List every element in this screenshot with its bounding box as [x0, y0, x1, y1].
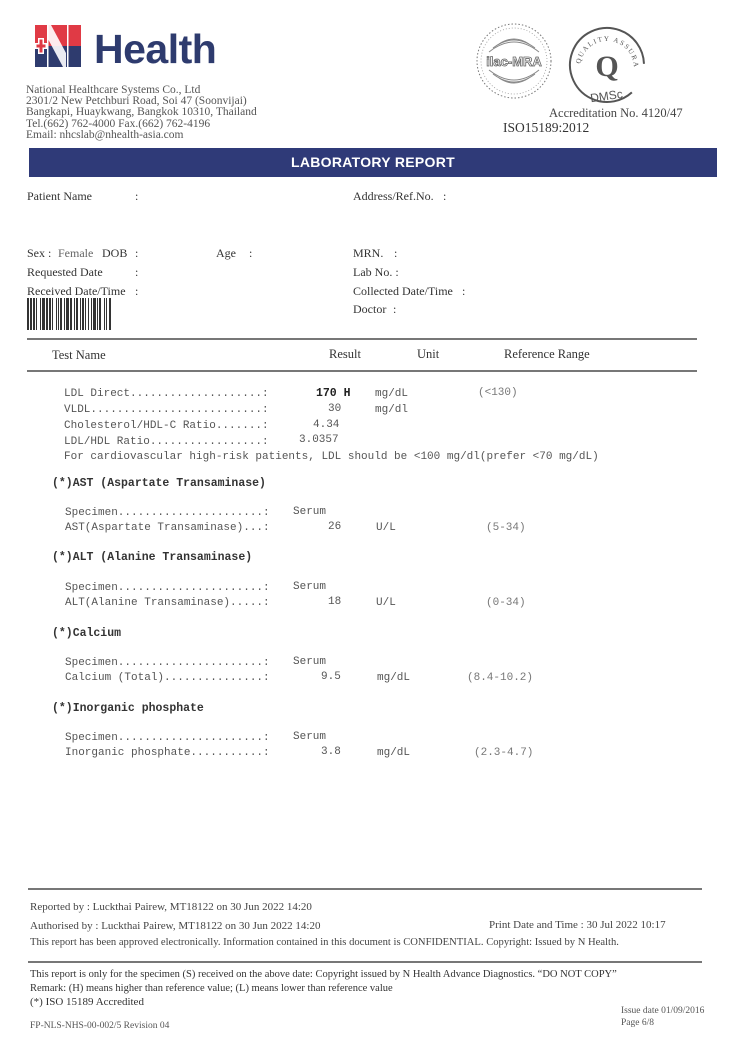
specimen-label: Specimen......................:: [65, 657, 270, 669]
specimen-label: Specimen......................:: [65, 732, 270, 744]
page-number: Page 6/8: [621, 1018, 654, 1028]
test-name: ALT(Alanine Transaminase).....:: [65, 597, 270, 609]
specimen-value: Serum: [293, 506, 326, 518]
collected-datetime-colon: :: [462, 284, 465, 299]
sex-label: Sex :: [27, 246, 51, 261]
barcode: [27, 298, 159, 330]
test-reference-range: (<130): [478, 387, 518, 399]
svg-text:ilac-MRA: ilac-MRA: [486, 54, 542, 69]
test-unit: U/L: [376, 597, 396, 609]
company-address: National Healthcare Systems Co., Ltd 230…: [26, 85, 257, 141]
company-line: Bangkapi, Huaykwang, Bangkok 10310, Thai…: [26, 107, 257, 118]
test-unit: mg/dL: [375, 388, 408, 400]
test-result: 9.5: [321, 671, 341, 683]
collected-datetime-label: Collected Date/Time: [353, 284, 453, 299]
test-result: 3.0357: [299, 434, 339, 446]
mrn-label: MRN.: [353, 246, 383, 261]
section-title: (*)AST (Aspartate Transaminase): [52, 477, 266, 490]
form-number: FP-NLS-NHS-00-002/5 Revision 04: [30, 1021, 169, 1031]
ilac-mra-seal-icon: ilac-MRA: [475, 22, 553, 100]
requested-date-colon: :: [135, 265, 138, 280]
report-title-banner: LABORATORY REPORT: [29, 148, 717, 177]
doctor-colon: :: [393, 302, 396, 317]
test-name: Cholesterol/HDL-C Ratio.......:: [64, 420, 269, 432]
footer-mid-rule: [28, 961, 702, 963]
test-reference-range: (8.4-10.2): [467, 672, 533, 684]
reported-by: Reported by : Luckthai Pairew, MT18122 o…: [30, 901, 312, 913]
specimen-value: Serum: [293, 731, 326, 743]
footer-top-rule: [28, 888, 702, 890]
column-result: Result: [329, 347, 361, 362]
dob-colon: :: [135, 246, 138, 261]
test-result: 18: [328, 596, 341, 608]
specimen-label: Specimen......................:: [65, 507, 270, 519]
remark: Remark: (H) means higher than reference …: [30, 983, 393, 994]
column-unit: Unit: [417, 347, 439, 362]
section-title: (*)Inorganic phosphate: [52, 702, 204, 715]
test-result: 26: [328, 521, 341, 533]
test-name: Calcium (Total)...............:: [65, 672, 270, 684]
age-label: Age: [216, 246, 236, 261]
test-result: 30: [328, 403, 341, 415]
table-header-top-rule: [27, 338, 697, 340]
patient-name-colon: :: [135, 189, 138, 204]
received-datetime-label: Received Date/Time: [27, 284, 126, 299]
doctor-label: Doctor: [353, 302, 386, 317]
section-title: (*)ALT (Alanine Transaminase): [52, 551, 252, 564]
logo-text: Health: [94, 27, 216, 71]
test-unit: mg/dL: [377, 672, 410, 684]
test-result-high: 170 H: [316, 387, 351, 400]
address-colon: :: [443, 189, 446, 204]
n-health-logo-icon: [35, 25, 81, 67]
test-name: Inorganic phosphate...........:: [65, 747, 270, 759]
test-name: AST(Aspartate Transaminase)...:: [65, 522, 270, 534]
test-unit: mg/dl: [375, 404, 408, 416]
mrn-colon: :: [394, 246, 397, 261]
specimen-note: This report is only for the specimen (S)…: [30, 969, 617, 980]
test-result: 4.34: [313, 419, 339, 431]
iso-accredited-note: (*) ISO 15189 Accredited: [30, 996, 144, 1008]
test-result: 3.8: [321, 746, 341, 758]
authorised-by: Authorised by : Luckthai Pairew, MT18122…: [30, 920, 320, 932]
requested-date-label: Requested Date: [27, 265, 103, 280]
received-datetime-colon: :: [135, 284, 138, 299]
test-name: LDL/HDL Ratio.................:: [64, 436, 269, 448]
iso-standard: ISO15189:2012: [503, 120, 589, 136]
address-label: Address/Ref.No.: [353, 189, 434, 204]
company-line: Email: nhcslab@nhealth-asia.com: [26, 130, 257, 141]
lab-no-label: Lab No. :: [353, 265, 399, 280]
test-reference-range: (0-34): [486, 597, 526, 609]
print-datetime: Print Date and Time : 30 Jul 2022 10:17: [489, 919, 666, 931]
svg-text:Q: Q: [595, 50, 618, 83]
specimen-value: Serum: [293, 656, 326, 668]
patient-name-label: Patient Name: [27, 189, 92, 204]
dob-label: DOB: [102, 246, 127, 261]
specimen-label: Specimen......................:: [65, 582, 270, 594]
svg-text:DMSc: DMSc: [589, 87, 623, 105]
confidential-notice: This report has been approved electronic…: [30, 937, 619, 948]
dmsc-quality-assurance-seal-icon: QUALITY ASSURANCE Q DMSc: [566, 24, 648, 106]
sex-value: Female: [58, 246, 93, 261]
column-reference-range: Reference Range: [504, 347, 590, 362]
test-unit: mg/dL: [377, 747, 410, 759]
specimen-value: Serum: [293, 581, 326, 593]
lipid-note: For cardiovascular high-risk patients, L…: [64, 451, 599, 463]
table-header-bottom-rule: [27, 370, 697, 372]
section-title: (*)Calcium: [52, 627, 121, 640]
test-name: VLDL..........................:: [64, 404, 269, 416]
column-test-name: Test Name: [52, 348, 106, 363]
test-name: LDL Direct....................:: [64, 388, 269, 400]
issue-date: Issue date 01/09/2016: [621, 1006, 704, 1016]
test-reference-range: (2.3-4.7): [474, 747, 533, 759]
test-reference-range: (5-34): [486, 522, 526, 534]
age-colon: :: [249, 246, 252, 261]
accreditation-number: Accreditation No. 4120/47: [549, 106, 683, 121]
test-unit: U/L: [376, 522, 396, 534]
